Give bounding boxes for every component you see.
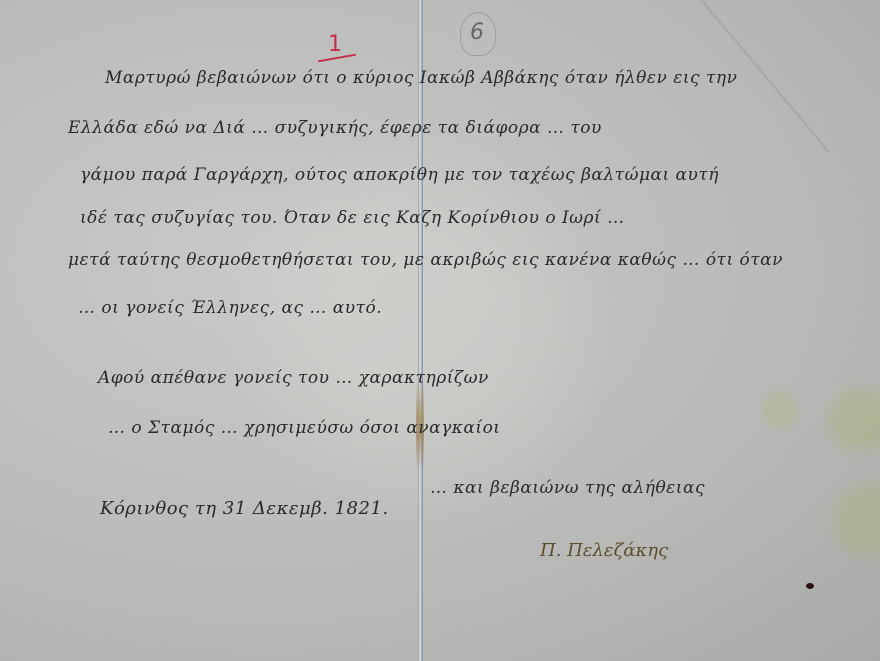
body-line-4: ιδέ τας συζυγίας του. Όταν δε εις Καζη Κ… <box>80 208 625 228</box>
body-line-7: Αφού απέθανε γονείς του … χαρακτηρίζων <box>98 368 489 388</box>
body-line-2: Ελλάδα εδώ να Διά … συζυγικής, έφερε τα … <box>68 118 602 138</box>
signature: Π. Πελεζάκης <box>540 540 668 561</box>
red-page-number: 1 <box>328 32 342 57</box>
place-date: Κόρινθος τη 31 Δεκεμβ. 1821. <box>100 498 389 519</box>
body-line-1: Μαρτυρώ βεβαιώνων ότι ο κύριος Ιακώβ Αββ… <box>105 68 737 88</box>
scanned-document-page: 1 6 Μαρτυρώ βεβαιώνων ότι ο κύριος Ιακώβ… <box>0 0 880 661</box>
body-line-3: γάμου παρά Γαργάρχη, ούτος αποκρίθη με τ… <box>80 165 719 185</box>
pencil-page-number: 6 <box>470 20 484 45</box>
ink-blot <box>806 583 814 589</box>
body-line-6: … οι γονείς Έλληνες, ας … αυτό. <box>78 298 382 318</box>
body-line-9: … και βεβαιώνω της αλήθειας <box>430 478 705 498</box>
body-line-8: … ο Σταμός … χρησιμεύσω όσοι αναγκαίοι <box>108 418 500 438</box>
body-line-5: μετά ταύτης θεσμοθετηθήσεται του, με ακρ… <box>68 250 783 270</box>
center-fold-crease <box>418 0 423 661</box>
